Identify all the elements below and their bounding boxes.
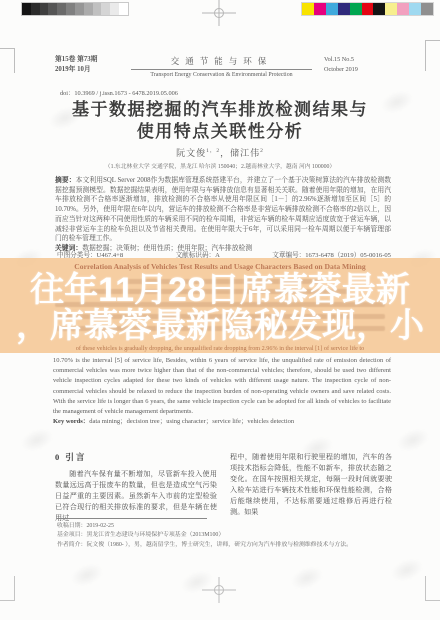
authors-line: 阮文俊1，2，储江伟2 <box>0 146 440 159</box>
crop-mark <box>0 576 15 601</box>
vol-en-date: October 2019 <box>324 65 388 75</box>
journal-vol-en: Vol.15 No.5 October 2019 <box>318 55 388 74</box>
header-divider <box>131 69 312 70</box>
vol-en-line: Vol.15 No.5 <box>324 55 388 65</box>
english-title: Correlation Analysis of Vehicles Test Re… <box>0 262 440 271</box>
scan-smudge <box>67 559 106 590</box>
crop-mark <box>425 576 440 601</box>
body-paragraph-left: 随着汽车保有量不断增加，尽管新车投入使用数量远远高于报废车的数量，但也是造成空气… <box>55 469 217 524</box>
doi-line: doi：10.3969 / j.issn.1673 - 6478.2019.05… <box>60 88 178 97</box>
crop-mark <box>0 48 15 73</box>
author-separator: ， <box>220 148 230 158</box>
journal-name-en: Transport Energy Conservation & Environm… <box>125 72 318 78</box>
fund-project-line: 基金项目：黑龙江省生态建设与环境保护专项基金（2013M100） <box>57 531 393 540</box>
journal-volume-issue: 第15卷 第73期 2019年 10月 <box>55 55 125 74</box>
crop-mark <box>425 40 440 71</box>
journal-name-block: 交通节能与环保 Transport Energy Conservation & … <box>125 55 318 78</box>
body-column-right: 程中，随着使用年限和行驶里程的增加，汽车的各项技术指标会降低，性能不如新车，排放… <box>230 452 392 524</box>
author-affil-sup: 2 <box>260 148 264 154</box>
affiliation-line: （1.东北林业大学 交通学院，黑龙江 哈尔滨 150040；2.越南林业大学，越… <box>0 161 440 170</box>
abstract-en-block: 10.70% is the interval [5] of service li… <box>53 356 391 427</box>
article-title: 基于数据挖掘的汽车排放检测结果与 使用特点关联性分析 <box>0 99 440 142</box>
author-name: 阮文俊 <box>176 148 206 158</box>
volume-issue-date: 2019年 10月 <box>55 65 125 75</box>
english-abstract-partial-line: of these vehicles is gradually dropping,… <box>28 345 412 352</box>
received-date-line: 收稿日期：2019-02-25 <box>57 522 393 531</box>
scan-smudge <box>17 424 56 455</box>
watermark-overlay-band: Correlation Analysis of Vehicles Test Re… <box>0 258 440 353</box>
abstract-label: 摘要： <box>55 177 76 184</box>
author-bio-line: 作者简介：阮文俊（1980- ），男，越南留学生，博士研究生，讲师，研究方向为汽… <box>57 541 393 550</box>
abstract-en-paragraph: 10.70% is the interval [5] of service li… <box>53 356 391 417</box>
watermark-text-line1: 往年11月28日席慕蓉最新 <box>0 271 440 309</box>
scan-smudge <box>393 424 432 455</box>
grayscale-calibration-bar <box>22 3 128 15</box>
author-affil-sup: 1，2 <box>206 148 220 154</box>
keywords-en-label: Key words： <box>53 418 89 425</box>
scan-smudge <box>387 554 426 585</box>
footnote-block: 收稿日期：2019-02-25 基金项目：黑龙江省生态建设与环境保护专项基金（2… <box>57 518 393 550</box>
keywords-en-text: data mining；decision tree；using characte… <box>89 418 294 425</box>
volume-issue-line: 第15卷 第73期 <box>55 55 125 65</box>
abstract-cn-block: 摘要：本文利用SQL Server 2008作为数据库管理系统搭建平台，并建立了… <box>55 176 391 254</box>
keywords-en-line: Key words：data mining；decision tree；usin… <box>53 417 391 427</box>
abstract-cn-paragraph: 摘要：本文利用SQL Server 2008作为数据库管理系统搭建平台，并建立了… <box>55 176 391 244</box>
author-name: 储江伟 <box>230 148 260 158</box>
registration-mark-icon <box>202 577 236 603</box>
body-paragraph-right: 程中，随着使用年限和行驶里程的增加，汽车的各项技术指标会降低，性能不如新车，排放… <box>230 452 392 518</box>
watermark-text-line2: ，席慕蓉最新隐秘发现，小 <box>0 307 440 345</box>
journal-header: 第15卷 第73期 2019年 10月 交通节能与环保 Transport En… <box>55 55 388 78</box>
abstract-cn-text: 本文利用SQL Server 2008作为数据库管理系统搭建平台，并建立了一个基… <box>55 177 391 242</box>
article-title-line2: 使用特点关联性分析 <box>137 122 304 141</box>
registration-mark-icon <box>202 0 236 26</box>
article-title-line1: 基于数据挖掘的汽车排放检测结果与 <box>72 100 368 119</box>
body-columns: 0 引言 随着汽车保有量不断增加，尽管新车投入使用数量远远高于报废车的数量，但也… <box>55 452 392 524</box>
body-column-left: 0 引言 随着汽车保有量不断增加，尽管新车投入使用数量远远高于报废车的数量，但也… <box>55 452 217 524</box>
scanned-paper-page: 第15卷 第73期 2019年 10月 交通节能与环保 Transport En… <box>0 0 440 620</box>
section-heading: 0 引言 <box>55 452 217 463</box>
color-calibration-bar <box>302 3 433 15</box>
scan-smudge <box>287 562 326 593</box>
journal-name-cn: 交通节能与环保 <box>125 55 318 67</box>
footnote-divider <box>57 518 207 519</box>
